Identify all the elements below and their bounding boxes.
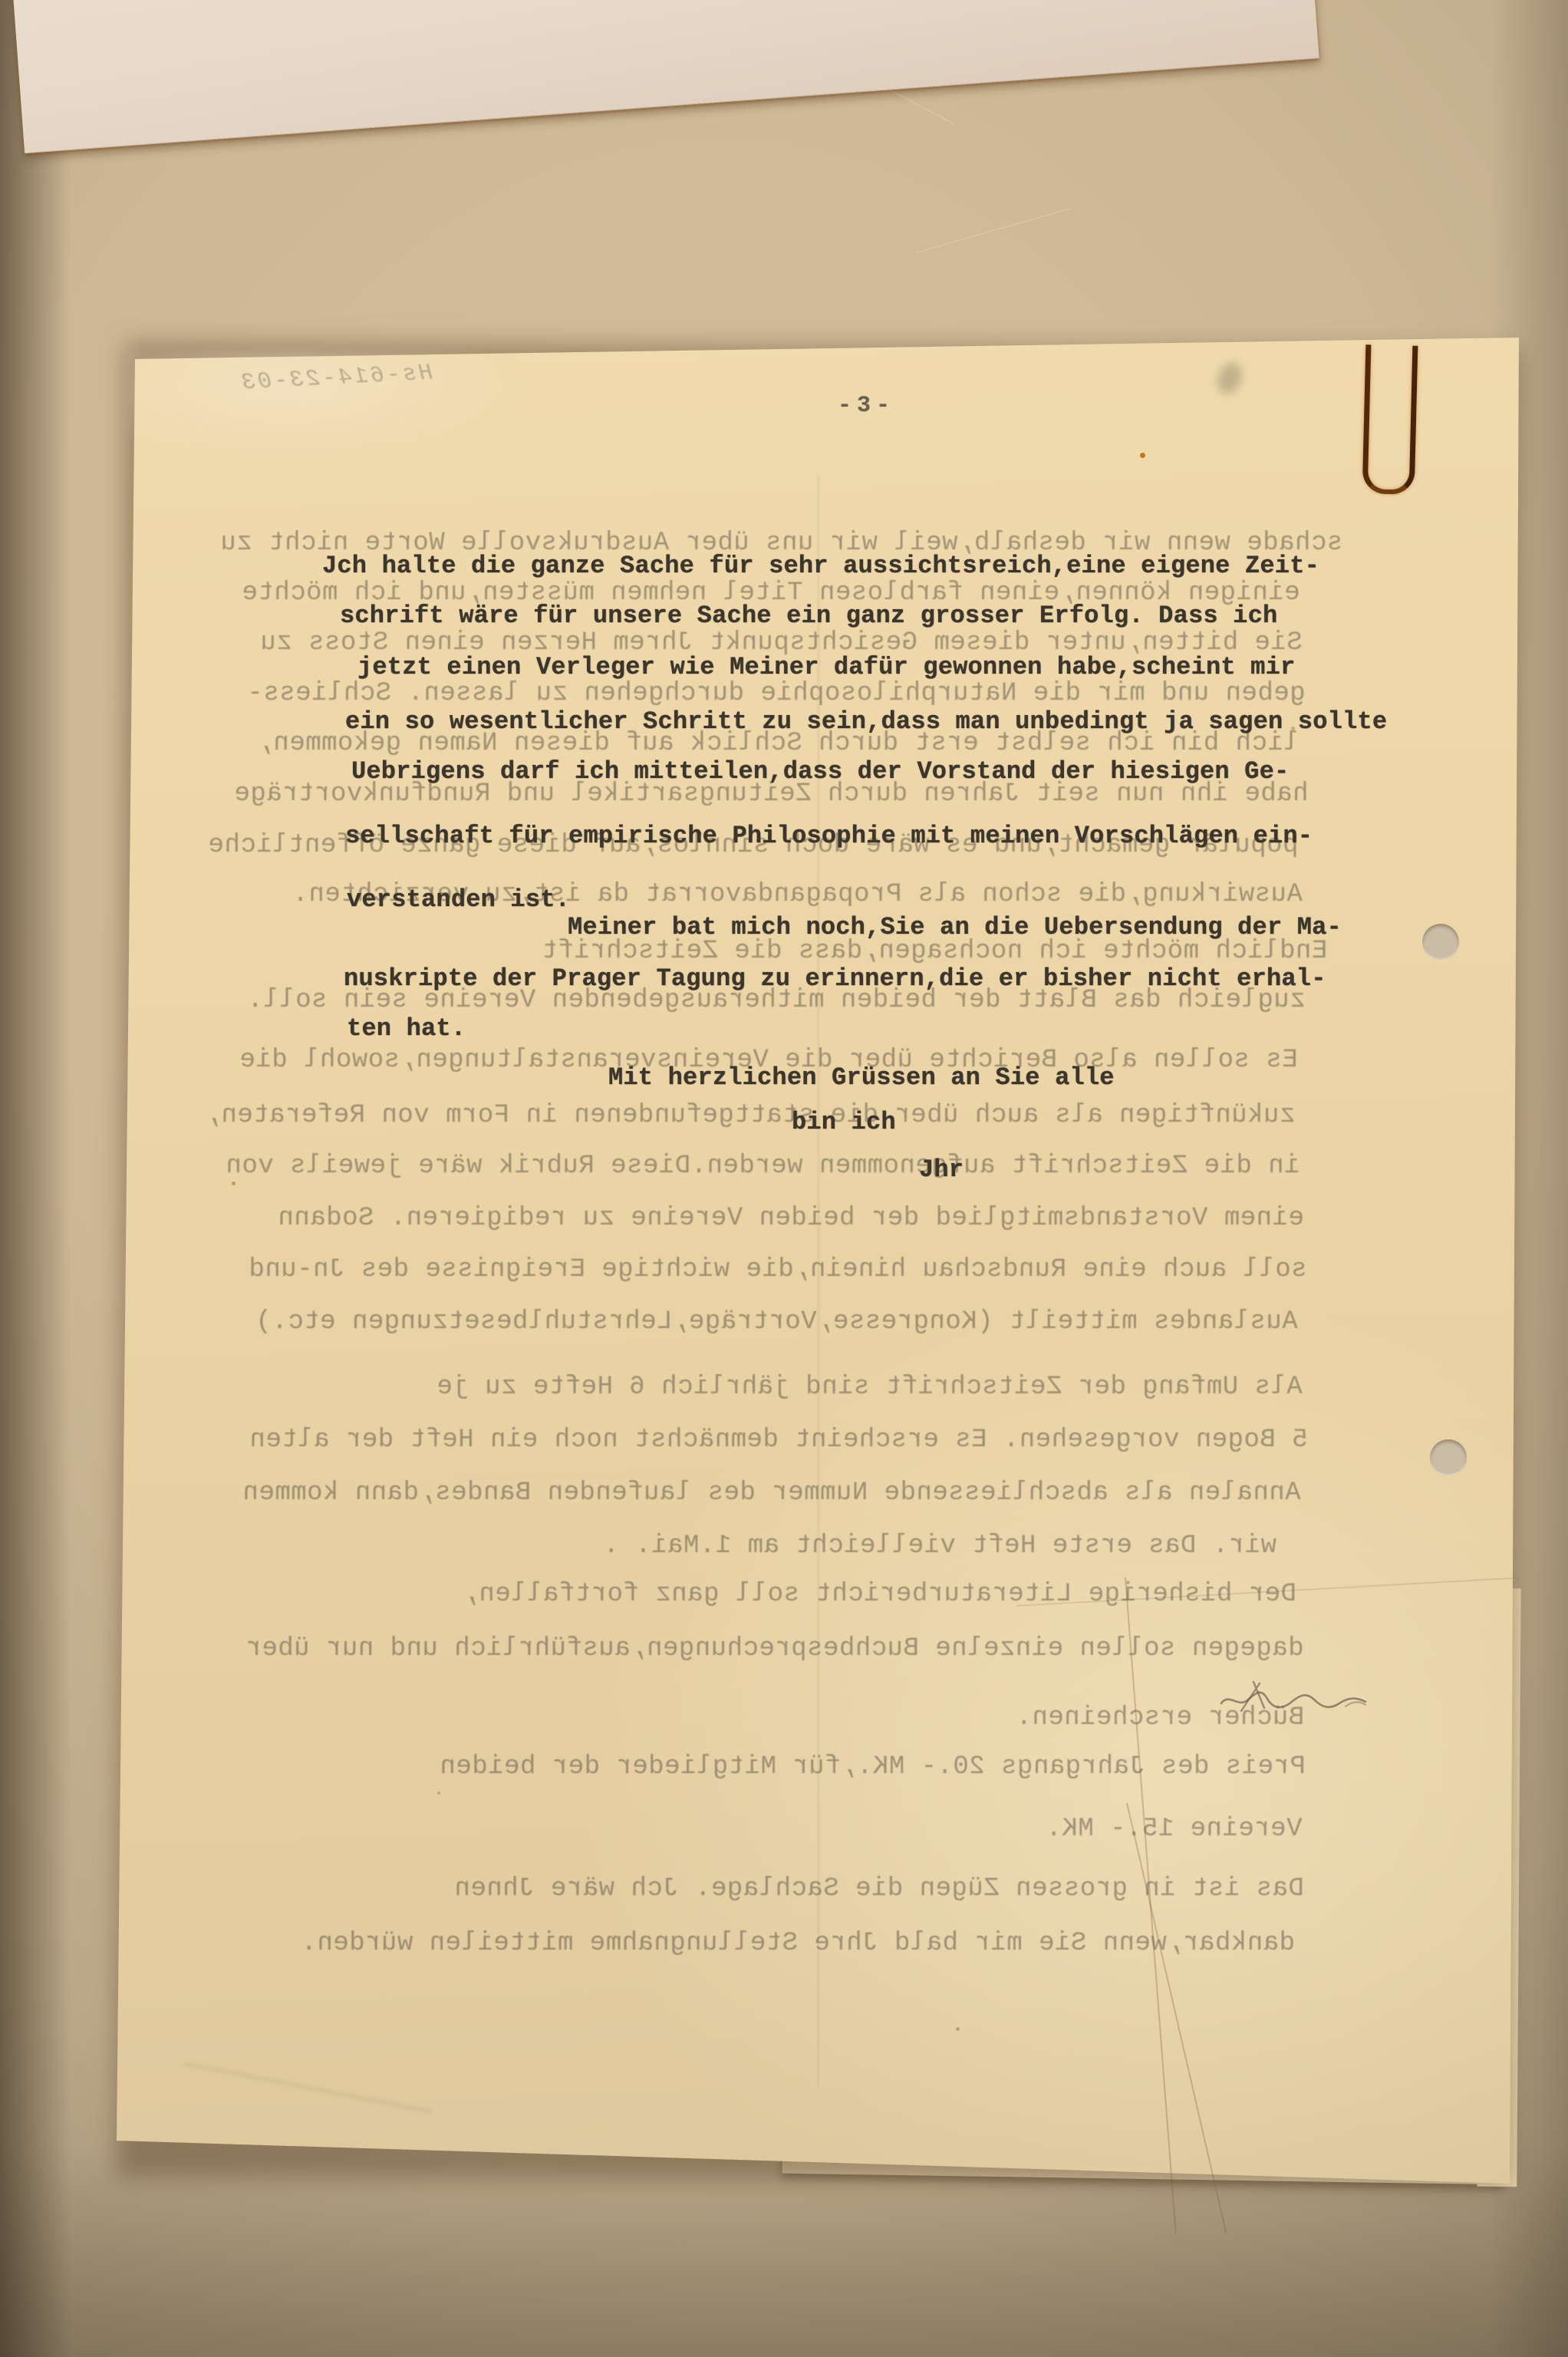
bleedthrough-line: Als Umfang der Zeitschrift sind jährlich… (436, 1373, 1303, 1402)
scene: -3- Hs-614-23-03 schade wenn wir deshalb… (0, 0, 1568, 2357)
typed-line: Meiner bat mich noch,Sie an die Uebersen… (568, 913, 1342, 941)
typed-line: bin ich (792, 1108, 896, 1136)
paper-speck (232, 1182, 236, 1185)
bleedthrough-line: Auslandes mitteilt (Kongresse,Vorträge,L… (255, 1307, 1298, 1337)
paperclip-rust-stain (1362, 344, 1418, 495)
bleedthrough-line: dagegen sollen einzelne Buchbesprechunge… (245, 1634, 1304, 1663)
paper-speck (437, 1792, 440, 1795)
typed-line: verstanden ist. (347, 885, 570, 914)
typed-line: ten hat. (347, 1014, 466, 1043)
paper-speck (956, 2027, 960, 2031)
typed-line: jetzt einen Verleger wie Meiner dafür ge… (357, 653, 1295, 681)
typed-line: nuskripte der Prager Tagung zu erinnern,… (344, 964, 1326, 993)
bleedthrough-line: 5 Bogen vorgesehen. Es erscheint demnäch… (249, 1426, 1308, 1455)
bleedthrough-line: soll auch eine Rundschau hinein,die wich… (249, 1255, 1307, 1284)
typed-line: Jch halte die ganze Sache für sehr aussi… (322, 552, 1319, 580)
bleedthrough-line: wir. Das erste Heft vielleicht am 1.Mai.… (603, 1531, 1276, 1561)
typed-line: ein so wesentlicher Schritt zu sein,dass… (345, 707, 1387, 736)
photo-of-typewritten-letter: { "palette": { "desk": "#c9b391", "desk_… (0, 0, 1568, 2357)
typed-line: Jhr (919, 1155, 964, 1184)
typed-line: sellschaft für empirische Philosophie mi… (345, 822, 1313, 850)
paper-speck (1140, 453, 1145, 458)
bleedthrough-line: Vereine 15.- MK. (1046, 1815, 1302, 1844)
bleedthrough-line: dankbar,wenn Sie mir bald Jhre Stellungn… (301, 1929, 1295, 1958)
typed-line: Uebrigens darf ich mitteilen,dass der Vo… (351, 757, 1289, 786)
bleedthrough-line: Der bisherige Literaturbericht soll ganz… (463, 1580, 1296, 1609)
punch-hole-bottom (1430, 1439, 1467, 1476)
bleedthrough-line: Preis des Jahrgangs 20.- MK.,für Mitglie… (440, 1752, 1306, 1782)
typed-line: schrift wäre für unsere Sache ein ganz g… (340, 602, 1277, 630)
page-number: -3- (838, 393, 895, 419)
bleedthrough-line: Das ist in grossen Zügen die Sachlage. J… (454, 1874, 1304, 1904)
bleedthrough-line: geben und mir die Naturphilosophie durch… (247, 679, 1306, 708)
bleedthrough-line: Annalen als abschliessende Nummer des la… (242, 1478, 1301, 1508)
bleedthrough-line: in die Zeitschrift aufgenommen werden.Di… (226, 1152, 1300, 1181)
punch-hole-top (1422, 924, 1459, 961)
typed-line: Mit herzlichen Grüssen an Sie alle (608, 1063, 1115, 1092)
bleedthrough-line: einem Vorstandsmitglied der beiden Verei… (278, 1204, 1304, 1233)
handwriting-scribble (1211, 1677, 1375, 1725)
bleedthrough-line: zukünftigen als auch über die stattgefun… (205, 1101, 1295, 1130)
